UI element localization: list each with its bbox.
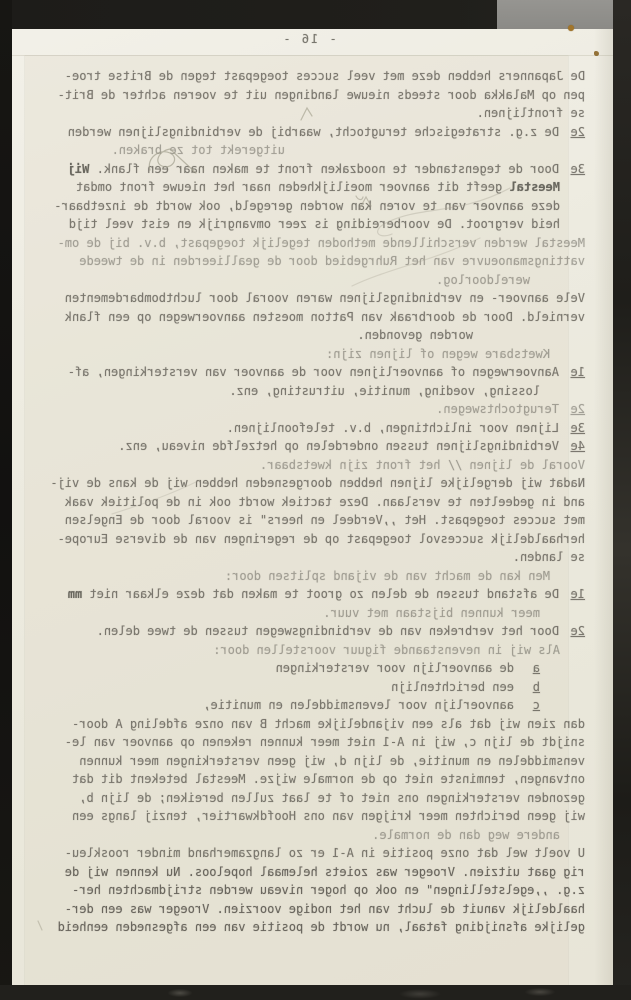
typed-line: pen op Malakka door steeds nieuwe landin… bbox=[33, 86, 585, 105]
typed-line: wij geen berichten meer krijgen van ons … bbox=[33, 807, 585, 826]
typed-line: worden gevonden. bbox=[33, 326, 585, 345]
typed-line: caanvoerlijn voor levensmiddelen en muni… bbox=[33, 696, 585, 715]
typed-line: andere weg dan de normale. bbox=[33, 826, 585, 845]
typed-line: met succes toegepast. Het ,,Verdeel en h… bbox=[33, 511, 585, 530]
typed-line: 2eTerugtochtswegen. bbox=[33, 400, 585, 419]
typed-line: haaldelijk vanuit de lucht van het nodig… bbox=[33, 900, 585, 919]
typed-line: Kwetsbare wegen of lijnen zijn: bbox=[33, 345, 585, 364]
typed-line: 2eDe z.g. strategische terugtocht, waarb… bbox=[33, 123, 585, 142]
mirrored-typed-text-block: - 16 - De Japanners hebben deze met veel… bbox=[33, 30, 585, 937]
typed-line: Nadat wij dergelijke lijnen hebben doorg… bbox=[33, 474, 585, 493]
typed-line: deze aanvoer van te voren kan worden ger… bbox=[33, 197, 585, 216]
typed-line: Meestal werden verschillende methoden te… bbox=[33, 234, 585, 253]
typed-line: uitgerekt tot ze braken. bbox=[33, 141, 585, 160]
typed-line: Meestal geeft dit aanvoer moeilijkheden … bbox=[33, 178, 585, 197]
typed-line: herhaaldelijk succesvol toegepast op de … bbox=[33, 530, 585, 549]
scanner-border-left bbox=[0, 0, 12, 1000]
typed-line: 1eAanvoerwegen of aanvoerlijnen voor de … bbox=[33, 363, 585, 382]
page-number: - 16 - bbox=[33, 30, 585, 49]
scanner-border-bottom bbox=[0, 985, 631, 1000]
typed-line: se landen. bbox=[33, 548, 585, 567]
typed-line: vernield. Door de doorbraak van Patton m… bbox=[33, 308, 585, 327]
typed-line: ontvangen, tenminste niet op de normale … bbox=[33, 770, 585, 789]
typed-line: 4eVerbindingslijnen tussen onderdelen op… bbox=[33, 437, 585, 456]
typed-line: heid vergroot. De voorbereiding is zeer … bbox=[33, 215, 585, 234]
typed-line: Men kan de macht van de vijand splitsen … bbox=[33, 567, 585, 586]
rust-speck-icon bbox=[594, 51, 599, 56]
typed-line: ade aanvoerlijn voor versterkingen bbox=[33, 659, 585, 678]
typed-line: meer kunnen bijstaan met vuur. bbox=[33, 604, 585, 623]
typed-line: vattingsmanoeuvre van het Ruhrgebied doo… bbox=[33, 252, 585, 271]
typed-line: 2eDoor het verbreken van de verbindingsw… bbox=[33, 622, 585, 641]
typed-line: 3eLijnen voor inlichtingen, b.v. telefoo… bbox=[33, 419, 585, 438]
typed-line: 3eDoor de tegenstander te noodzaken fron… bbox=[33, 160, 585, 179]
scanned-document-page: - 16 - De Japanners hebben deze met veel… bbox=[0, 0, 631, 1000]
typed-line: dan zien wij dat als een vijandelijke ma… bbox=[33, 715, 585, 734]
typed-line: gezonden versterkingen ons niet of te la… bbox=[33, 789, 585, 808]
typed-line: gelijke afsnijding fataal, nu wordt de p… bbox=[33, 918, 585, 937]
typed-line: wereldoorlog. bbox=[33, 271, 585, 290]
typed-line: De Japanners hebben deze met veel succes… bbox=[33, 67, 585, 86]
typed-line: z.g. ,,egelstellingen" en ook op hoger n… bbox=[33, 881, 585, 900]
typed-line: Als wij in nevenstaande figuur voorstell… bbox=[33, 641, 585, 660]
typed-line: snijdt de lijn c, wij in A-1 niet meer k… bbox=[33, 733, 585, 752]
typed-line: se frontlijnen. bbox=[33, 104, 585, 123]
scanner-border-right bbox=[613, 0, 631, 1000]
paper-right-shadow bbox=[594, 29, 613, 985]
typed-line: 1eDe afstand tussen de delen zo groot te… bbox=[33, 585, 585, 604]
typed-line: Vele aanvoer- en verbindingslijnen waren… bbox=[33, 289, 585, 308]
typed-line: Vooral de lijnen // het front zijn kwets… bbox=[33, 456, 585, 475]
typed-line: rig gaat uitzien. Vroeger was zoiets hel… bbox=[33, 863, 585, 882]
typed-lines-container: De Japanners hebben deze met veel succes… bbox=[33, 67, 585, 937]
scanner-border-top-gray-segment bbox=[497, 0, 613, 29]
typed-line: been berichtenlijn bbox=[33, 678, 585, 697]
typed-line: and in gedeelten te verslaan. Deze tacti… bbox=[33, 493, 585, 512]
typed-line: U voelt wel dat onze positie in A-1 er z… bbox=[33, 844, 585, 863]
typed-line: lossing, voeding, munitie, uitrusting, e… bbox=[33, 382, 585, 401]
typed-line: vensmiddelen en munitie, de lijn d, wij … bbox=[33, 752, 585, 771]
